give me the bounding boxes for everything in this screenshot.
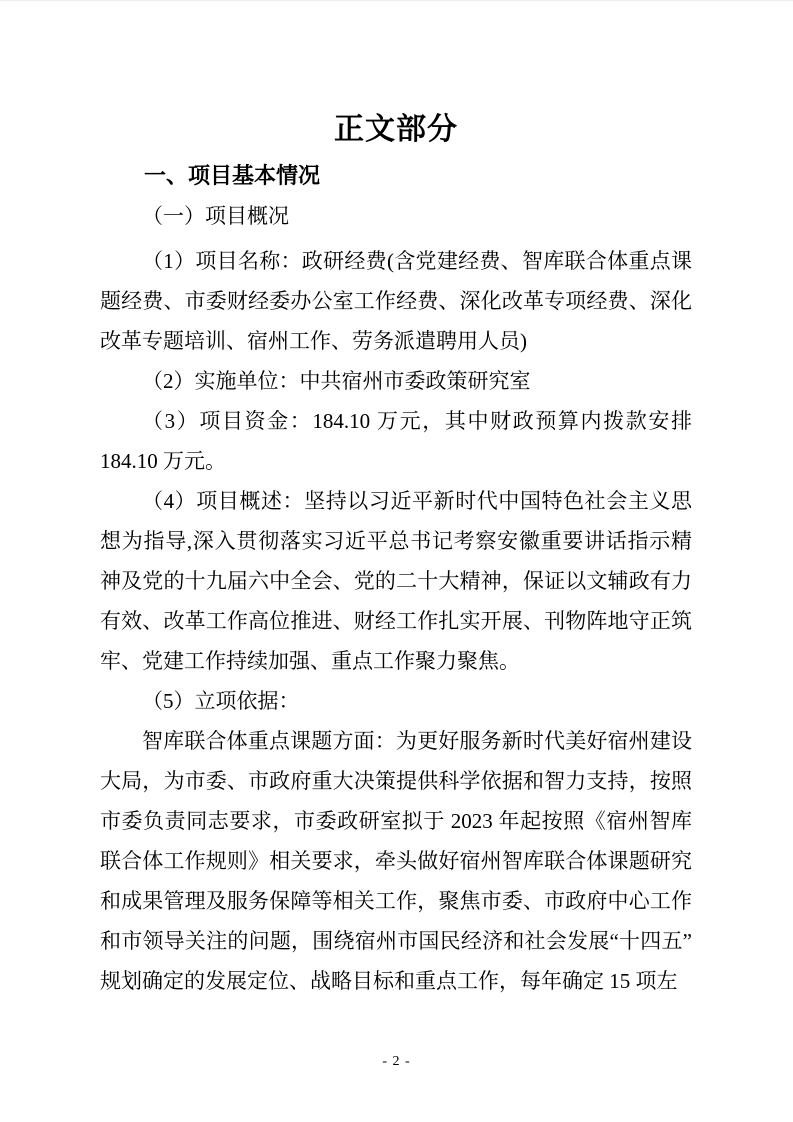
text-line: 184.10 万元。 bbox=[100, 441, 692, 481]
text-line: 智库联合体重点课题方面：为更好服务新时代美好宿州建设 bbox=[100, 721, 692, 761]
document-content: 正文部分 一、项目基本情况（一）项目概况（1）项目名称：政研经费(含党建经费、智… bbox=[100, 104, 692, 1001]
text-line: 题经费、市委财经委办公室工作经费、深化改革专项经费、深化 bbox=[100, 281, 692, 321]
text-line: （4）项目概述：坚持以习近平新时代中国特色社会主义思 bbox=[100, 481, 692, 521]
section-heading: 一、项目基本情况 bbox=[100, 156, 692, 196]
text-line: 牢、党建工作持续加强、重点工作聚力聚焦。 bbox=[100, 641, 692, 681]
text-line: （2）实施单位：中共宿州市委政策研究室 bbox=[100, 361, 692, 401]
document-title: 正文部分 bbox=[100, 104, 692, 156]
page-number: - 2 - bbox=[0, 1053, 793, 1071]
paragraph: （1）项目名称：政研经费(含党建经费、智库联合体重点课题经费、市委财经委办公室工… bbox=[100, 241, 692, 361]
text-line: 和成果管理及服务保障等相关工作，聚焦市委、市政府中心工作 bbox=[100, 881, 692, 921]
text-line: 有效、改革工作高位推进、财经工作扎实开展、刊物阵地守正筑 bbox=[100, 601, 692, 641]
text-line: 市委负责同志要求，市委政研室拟于 2023 年起按照《宿州智库 bbox=[100, 801, 692, 841]
paragraph: 智库联合体重点课题方面：为更好服务新时代美好宿州建设大局，为市委、市政府重大决策… bbox=[100, 721, 692, 1001]
text-line: 大局，为市委、市政府重大决策提供科学依据和智力支持，按照 bbox=[100, 761, 692, 801]
paragraph: （5）立项依据： bbox=[100, 681, 692, 721]
text-line: 想为指导,深入贯彻落实习近平总书记考察安徽重要讲话指示精 bbox=[100, 521, 692, 561]
text-line: （1）项目名称：政研经费(含党建经费、智库联合体重点课 bbox=[100, 241, 692, 281]
text-line: 规划确定的发展定位、战略目标和重点工作，每年确定 15 项左 bbox=[100, 961, 692, 1001]
paragraph: （2）实施单位：中共宿州市委政策研究室 bbox=[100, 361, 692, 401]
text-line: （5）立项依据： bbox=[100, 681, 692, 721]
subsection-heading: （一）项目概况 bbox=[100, 196, 692, 236]
text-line: （3）项目资金：184.10 万元，其中财政预算内拨款安排 bbox=[100, 401, 692, 441]
paragraph: （3）项目资金：184.10 万元，其中财政预算内拨款安排184.10 万元。 bbox=[100, 401, 692, 481]
paragraph: （4）项目概述：坚持以习近平新时代中国特色社会主义思想为指导,深入贯彻落实习近平… bbox=[100, 481, 692, 681]
document-body: 一、项目基本情况（一）项目概况（1）项目名称：政研经费(含党建经费、智库联合体重… bbox=[100, 156, 692, 1001]
text-line: 和市领导关注的问题，围绕宿州市国民经济和社会发展“十四五” bbox=[100, 921, 692, 961]
text-line: 联合体工作规则》相关要求，牵头做好宿州智库联合体课题研究 bbox=[100, 841, 692, 881]
document-page: 正文部分 一、项目基本情况（一）项目概况（1）项目名称：政研经费(含党建经费、智… bbox=[0, 0, 793, 1122]
text-line: 神及党的十九届六中全会、党的二十大精神，保证以文辅政有力 bbox=[100, 561, 692, 601]
text-line: 改革专题培训、宿州工作、劳务派遣聘用人员) bbox=[100, 321, 692, 361]
